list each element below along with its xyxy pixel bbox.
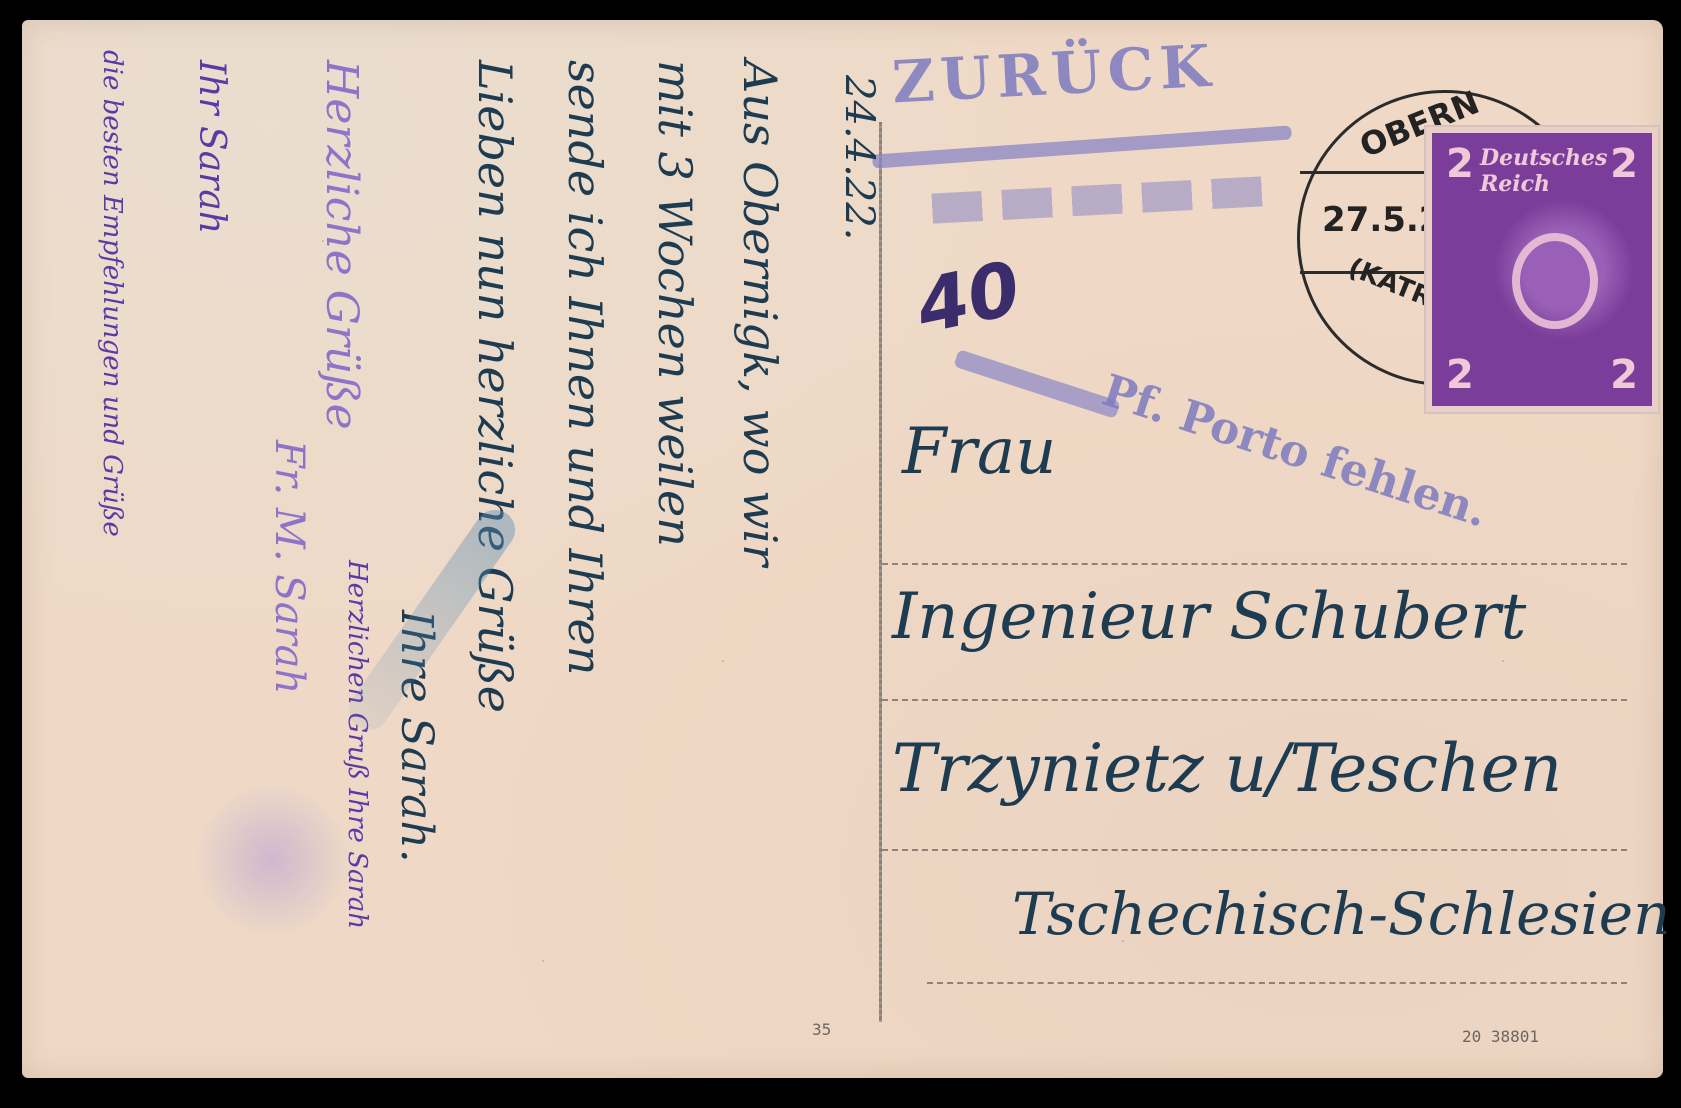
message-line: Aus Obernigk, wo wir [733, 60, 787, 566]
paper-speck [1502, 660, 1504, 662]
cachet-bar [872, 125, 1292, 168]
cachet-bar [953, 349, 1120, 419]
postcard: ZURÜCK 40 Pf. Porto fehlen. OBERN 27.5.2… [22, 20, 1663, 1078]
address-line-1: Frau [902, 415, 1056, 489]
address-rule [882, 699, 1627, 701]
paper-speck [722, 660, 724, 662]
violet-message-line: Ihr Sarah [191, 60, 232, 234]
cachet-obscured-text [931, 176, 1262, 223]
print-code-left: 35 [812, 1020, 831, 1039]
postage-due-amount: 40 [909, 245, 1028, 351]
postage-stamp: Deutsches Reich 2 2 2 2 [1426, 127, 1658, 412]
ink-smudge [192, 780, 352, 940]
address-rule [882, 563, 1627, 565]
stamp-value: 2 [1610, 141, 1638, 187]
message-date: 24.4.22. [836, 75, 882, 240]
posthorn-icon [1512, 233, 1598, 329]
violet-message-line: die besten Empfehlungen und Grüße [97, 50, 127, 537]
address-line-2: Ingenieur Schubert [892, 580, 1526, 654]
print-code-right: 20 38801 [1462, 1027, 1539, 1046]
stamp-value: 2 [1446, 352, 1474, 398]
address-divider [879, 122, 882, 1022]
return-cachet: ZURÜCK [890, 32, 1217, 117]
stamp-value: 2 [1610, 352, 1638, 398]
message-line: mit 3 Wochen weilen [648, 60, 702, 547]
message-line: sende ich Ihnen und Ihren [558, 60, 612, 675]
address-rule [882, 849, 1627, 851]
stamp-value: 2 [1446, 141, 1474, 187]
violet-message-line: Herzliche Grüße [316, 60, 367, 430]
violet-message-line: Fr. M. Sarah [266, 440, 312, 694]
address-line-3: Trzynietz u/Teschen [892, 730, 1562, 807]
paper-speck [542, 960, 544, 962]
message-line: Lieben nun herzliche Grüße [468, 60, 522, 713]
address-rule [927, 982, 1627, 984]
address-line-4: Tschechisch-Schlesien [1012, 880, 1670, 948]
